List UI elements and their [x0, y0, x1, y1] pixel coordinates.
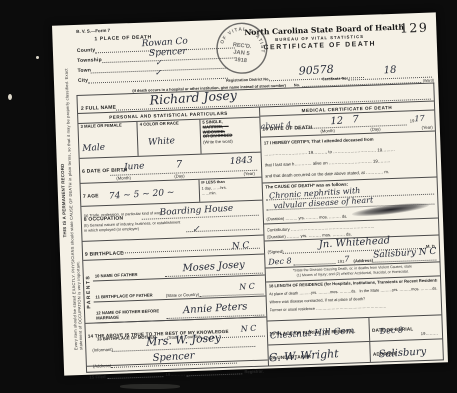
medical-certificate-column: MEDICAL CERTIFICATE OF DEATH 16 DATE OF … [260, 102, 443, 366]
filed-label: 15 Filed [89, 374, 106, 380]
signature-date-rule [293, 261, 335, 265]
signature-address-field: Salisbury N C [372, 242, 436, 263]
certificate-number-row: Certificate No. 18 [321, 59, 432, 82]
father-birthplace-value: N C [239, 283, 255, 292]
scan-smudge [120, 384, 180, 389]
serial-number: 129 [400, 20, 429, 36]
form-header: B. V. S.—Form 7 1 PLACE OF DEATH County … [74, 16, 434, 86]
filed-year-label: 19………, [165, 371, 184, 377]
father-name-field: Moses Josey [165, 255, 263, 277]
date-of-burial-value: Dec 8 [380, 326, 404, 335]
date-of-burial-cell: DATE OF BURIAL Dec 8 19……… [370, 315, 443, 341]
dob-day-label: (Day) [174, 173, 184, 178]
race-cell: 4 COLOR OR RACE White [138, 120, 202, 156]
race-label: 4 COLOR OR RACE [140, 121, 198, 128]
birthplace-value: N C [232, 242, 250, 252]
margin-note-line1: THIS IS A PERMANENT RECORD [59, 163, 67, 237]
certificate-number-value: 18 [383, 66, 396, 77]
filed-line: 15 Filed 19………, Registrar. [89, 369, 264, 380]
place-of-burial-value: Chestnut Hill Cem [269, 327, 354, 341]
full-name-value: Richard Josey [149, 89, 237, 107]
age-less-label-3: ……min. [202, 190, 260, 198]
dob-day-value: 7 [176, 160, 183, 170]
dod-month-label: (Month) [320, 128, 335, 134]
residence-at-place: At place of death ………yrs. ………mos. ………ds. [269, 288, 356, 296]
city-value: ✓ [154, 69, 161, 77]
mother-name-label: 12 NAME OF MOTHER BEFORE MARRIAGE [96, 309, 167, 321]
signature-date-hw: Dec 8 [268, 257, 292, 266]
registrar-label: Registrar. [244, 369, 263, 375]
parents-rows: 10 NAME OF FATHER Moses Josey 11 BIRTHPL… [92, 255, 266, 323]
marital-cell: 5 SINGLE, MARRIED, — WIDOWED, OR DIVORCE… [200, 118, 260, 154]
length-of-residence-block: 18 LENGTH OF RESIDENCE (for Hospitals, I… [266, 276, 442, 321]
signed-label: (Signed) [268, 249, 284, 255]
full-name-label: 2 FULL NAME [81, 105, 116, 112]
personal-particulars-column: PERSONAL AND STATISTICAL PARTICULARS 3 M… [78, 108, 268, 372]
birthplace-label: 9 BIRTHPLACE [85, 250, 124, 257]
dob-month-label: (Month) [116, 175, 131, 181]
certify-line-4: and that death occurred on the date abov… [265, 168, 434, 179]
age-label: 7 AGE [83, 193, 99, 200]
death-certificate-sheet: THIS IS A PERMANENT RECORD Every item sh… [52, 12, 448, 375]
dob-year-label: (Year) [244, 171, 255, 176]
city-label: City [78, 78, 88, 84]
certificate-form: B. V. S.—Form 7 1 PLACE OF DEATH County … [74, 16, 444, 371]
dod-day-label: (Day) [370, 126, 380, 131]
form-body: PERSONAL AND STATISTICAL PARTICULARS 3 M… [77, 100, 444, 372]
undertaker-value: G. W. Wright [268, 348, 338, 363]
filed-date-field [108, 374, 164, 379]
date-of-death-day: 7 [352, 115, 359, 125]
mother-name-field: Annie Peters [166, 297, 264, 319]
registrar-signature-field [187, 371, 243, 376]
residence-in-state: In the State ………yrs. ………mos. ………ds. [359, 285, 437, 293]
marital-note: (Write the word) [203, 138, 258, 145]
parents-block: PARENTS 10 NAME OF FATHER Moses Josey 11… [83, 255, 266, 324]
scan-speck [8, 94, 12, 100]
age-main-cell: 7 AGE 74 ~ 5 ~ 20 ~ [81, 180, 199, 206]
father-birthplace-field: N C [199, 276, 264, 297]
signature-address-value: Salisbury N C [373, 248, 437, 261]
certificate-number-field: 18 [347, 59, 432, 81]
father-name-value: Moses Josey [182, 260, 245, 274]
sex-cell: 3 MALE OR FEMALE Male [78, 122, 138, 158]
date-of-death-year: 19 17 [409, 115, 424, 124]
occupation-check: ✓ [192, 226, 200, 235]
dob-month-value: June [124, 162, 145, 172]
informant-block: 14 THE ABOVE IS TRUE TO THE BEST OF MY K… [85, 318, 267, 367]
sex-label: 3 MALE OR FEMALE [80, 123, 134, 130]
age-if-less-cell: IF LESS than 1 day, ……hrs. ……min. [198, 178, 261, 202]
age-value: 74 ~ 5 ~ 20 ~ [109, 189, 175, 202]
date-of-death-month: 12 [330, 117, 343, 128]
signature-year-hw: 7 [344, 256, 350, 264]
signature-address-label: (Address) [353, 258, 373, 264]
certify-line-2: ………………………… 19………, to ………………………… 19……… [264, 146, 433, 157]
city-field: ✓ [88, 60, 228, 84]
cause-of-death-block: The CAUSE OF DEATH* was as follows: Chro… [262, 178, 438, 225]
undertaker-cell: 20 UNDERTAKER G. W. Wright [268, 342, 371, 366]
mother-name-value: Annie Peters [182, 302, 247, 316]
father-birthplace-note: (State or Country) [166, 292, 199, 298]
scan-speck [36, 56, 39, 59]
scanned-photo-background: THIS IS A PERMANENT RECORD Every item sh… [0, 0, 457, 393]
date-of-burial-year: 19……… [421, 331, 438, 337]
race-value: White [148, 137, 175, 148]
informant-address-value: Spencer [153, 351, 195, 364]
undertaker-address-value: Salisbury [379, 347, 427, 360]
certify-block: 17 I HEREBY CERTIFY, That I attended dec… [261, 132, 437, 184]
certify-line-3: that I last saw h………… alive on ………………………… [264, 157, 433, 168]
dod-year-label: (Year) [421, 125, 432, 130]
undertaker-address-cell: ADDRESS Salisbury [370, 339, 442, 361]
place-of-burial-cell: 19 PLACE OF BURIAL OR REMOVAL Chestnut H… [267, 318, 370, 345]
sex-value: Male [82, 144, 105, 154]
dob-year-value: 1843 [229, 157, 252, 167]
date-of-death-year-hw: 17 [414, 115, 425, 124]
